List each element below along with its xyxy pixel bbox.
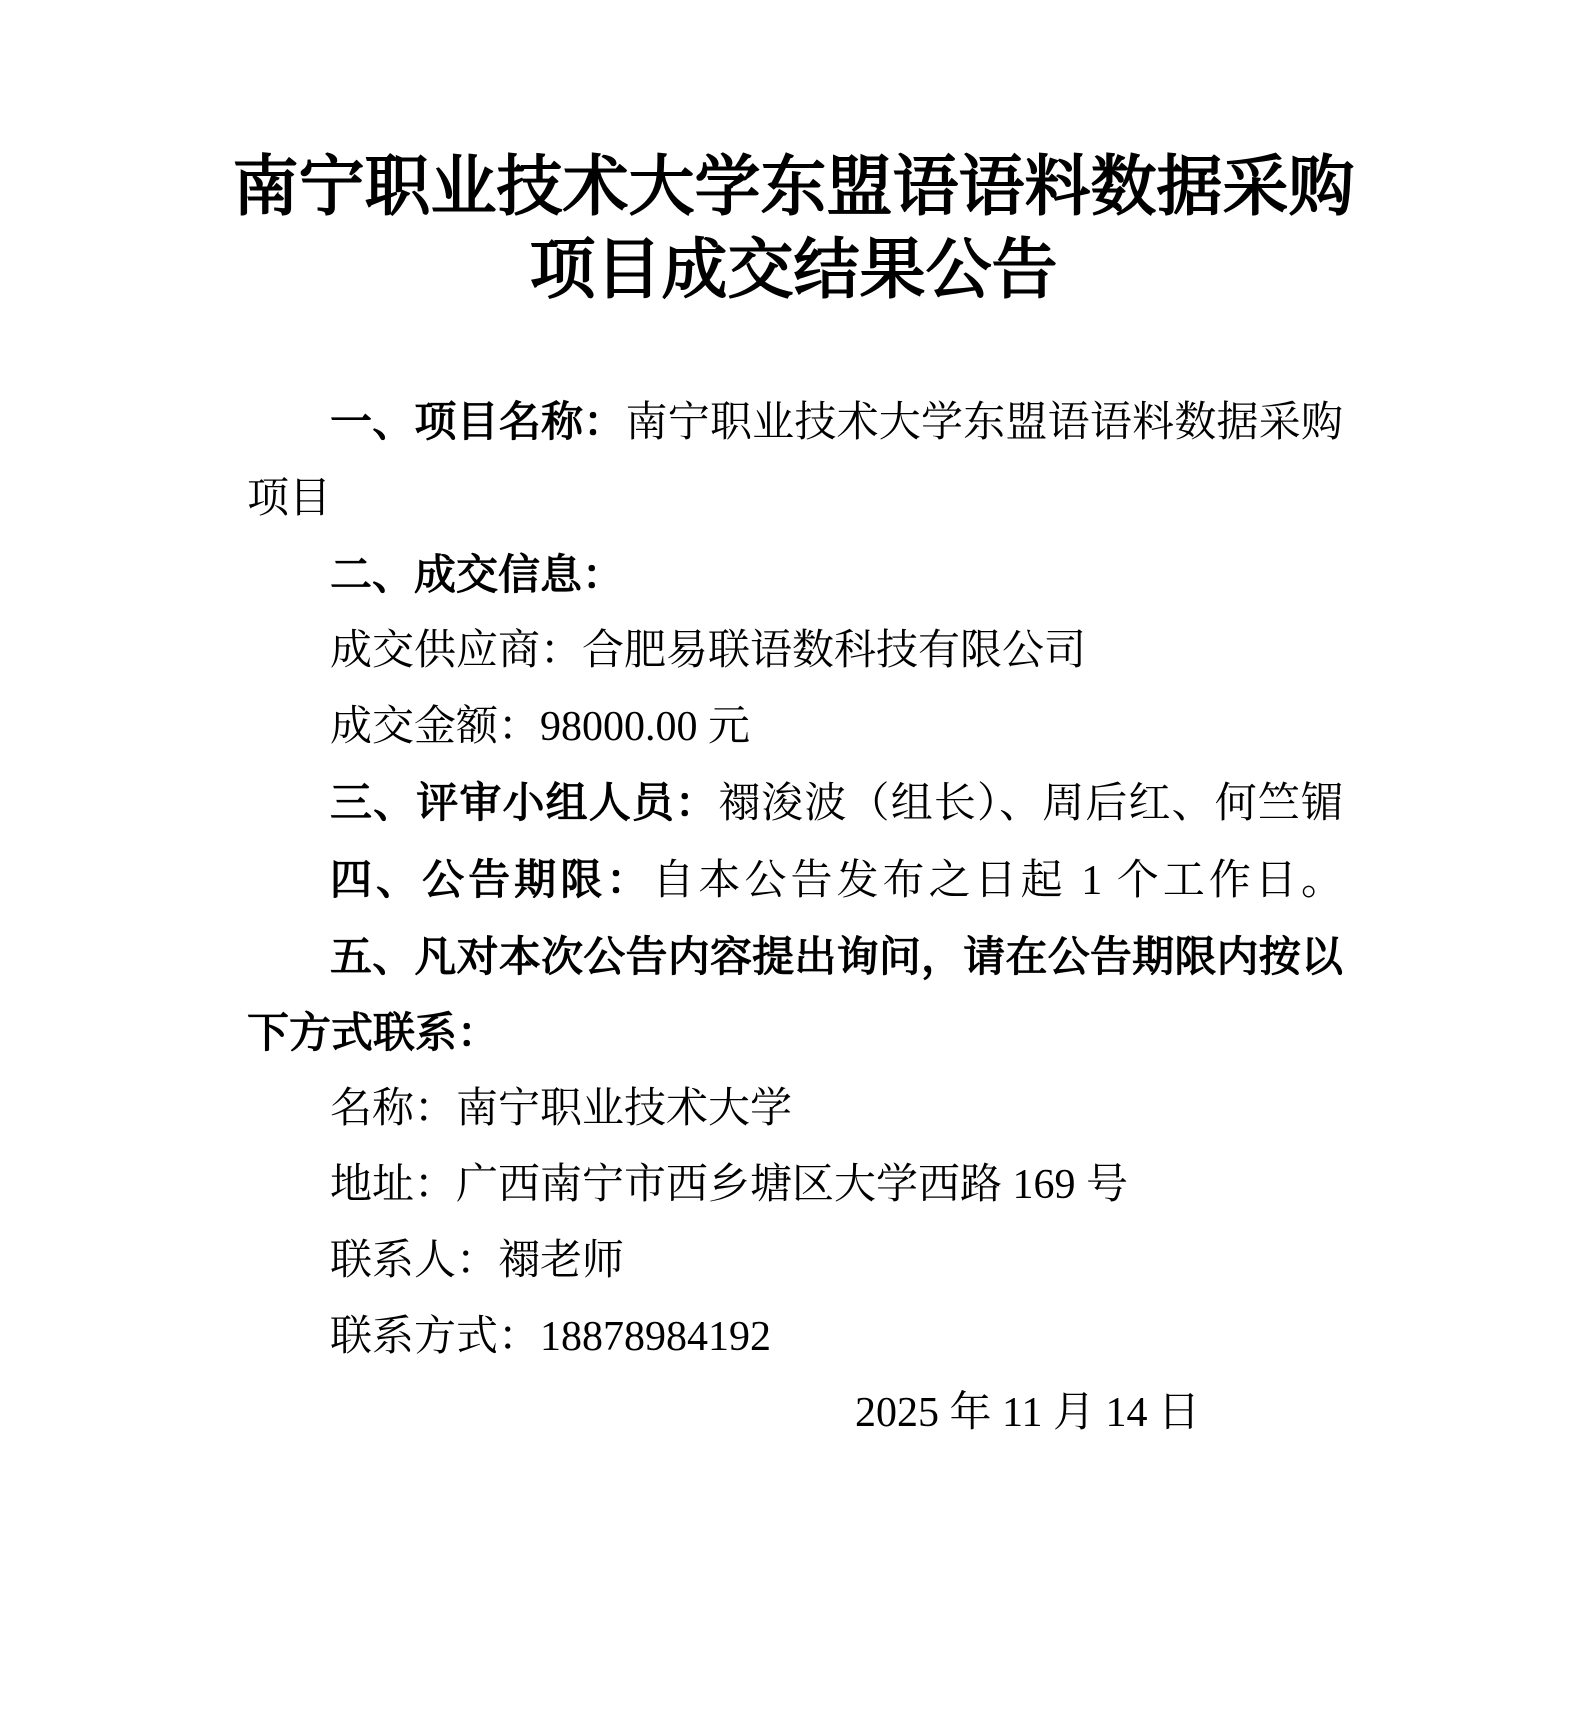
document-body: 一、项目名称：南宁职业技术大学东盟语语料数据采购 项目 二、成交信息： 成交供应… <box>247 384 1343 1451</box>
section-project-name: 一、项目名称：南宁职业技术大学东盟语语料数据采购 <box>247 384 1343 461</box>
document-title: 南宁职业技术大学东盟语语料数据采购 项目成交结果公告 <box>0 0 1587 312</box>
section-inquiry-line2: 下方式联系： <box>247 995 1343 1071</box>
project-name-value-line2: 项目 <box>247 461 1343 537</box>
section-inquiry-line1: 五、凡对本次公告内容提出询问，请在公告期限内按以 <box>247 919 1343 995</box>
document-title-line-2: 项目成交结果公告 <box>0 229 1587 312</box>
announcement-document-page: 南宁职业技术大学东盟语语料数据采购 项目成交结果公告 一、项目名称：南宁职业技术… <box>0 0 1587 1731</box>
contact-phone-value: 18878984192 <box>540 1314 771 1360</box>
contact-address-value: 广西南宁市西乡塘区大学西路 169 号 <box>456 1162 1128 1208</box>
contact-person-value: 禤老师 <box>498 1238 624 1284</box>
deal-info-heading-text: 二、成交信息： <box>330 551 624 598</box>
project-name-label: 一、项目名称： <box>330 398 626 445</box>
contact-name-label: 名称： <box>330 1086 456 1132</box>
contact-person-label: 联系人： <box>330 1238 498 1284</box>
contact-phone-line: 联系方式：18878984192 <box>247 1299 1343 1375</box>
supplier-line: 成交供应商：合肥易联语数科技有限公司 <box>247 613 1343 689</box>
review-panel-label: 三、评审小组人员： <box>330 779 718 826</box>
inquiry-line2-text: 下方式联系： <box>247 1009 499 1056</box>
contact-name-value: 南宁职业技术大学 <box>456 1086 792 1132</box>
review-panel-value: 禤浚波（组长）、周后红、何竺镅 <box>718 781 1343 827</box>
supplier-value: 合肥易联语数科技有限公司 <box>582 628 1086 674</box>
amount-value: 98000.00 元 <box>540 704 750 750</box>
project-name-value-line2-text: 项目 <box>247 476 331 522</box>
supplier-label: 成交供应商： <box>330 628 582 674</box>
document-title-line-1: 南宁职业技术大学东盟语语料数据采购 <box>0 146 1587 229</box>
contact-name-line: 名称：南宁职业技术大学 <box>247 1071 1343 1147</box>
contact-address-label: 地址： <box>330 1162 456 1208</box>
notice-period-value: 自本公告发布之日起 1 个工作日。 <box>652 858 1343 904</box>
contact-address-line: 地址：广西南宁市西乡塘区大学西路 169 号 <box>247 1147 1343 1223</box>
section-deal-info-heading: 二、成交信息： <box>247 537 1343 613</box>
section-review-panel: 三、评审小组人员：禤浚波（组长）、周后红、何竺镅 <box>247 765 1343 842</box>
document-date-text: 2025 年 11 月 14 日 <box>855 1390 1200 1436</box>
project-name-value-line1: 南宁职业技术大学东盟语语料数据采购 <box>626 400 1343 446</box>
amount-line: 成交金额：98000.00 元 <box>247 689 1343 765</box>
notice-period-label: 四、公告期限： <box>330 856 652 903</box>
document-date: 2025 年 11 月 14 日 <box>247 1375 1343 1451</box>
amount-label: 成交金额： <box>330 704 540 750</box>
contact-phone-label: 联系方式： <box>330 1314 540 1360</box>
section-notice-period: 四、公告期限：自本公告发布之日起 1 个工作日。 <box>247 842 1343 919</box>
inquiry-line1-text: 五、凡对本次公告内容提出询问，请在公告期限内按以 <box>330 933 1343 980</box>
contact-person-line: 联系人：禤老师 <box>247 1223 1343 1299</box>
